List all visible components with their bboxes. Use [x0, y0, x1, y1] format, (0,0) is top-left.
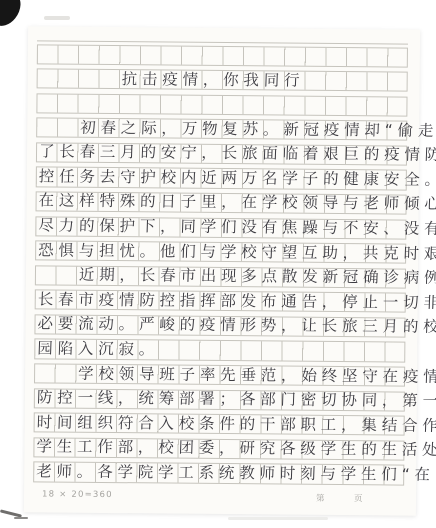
scan-smudge	[228, 517, 328, 520]
grid-row	[36, 93, 407, 116]
grid-row: 老师。各学院学工系统教师时刻与学生们“在	[33, 462, 404, 485]
handwritten-line: 学生工作部，校团委，研究各级学生的生活处	[36, 437, 436, 461]
grid-row: 尽力的保护下，同学们没有焦躁与不安、没有	[35, 216, 406, 239]
essay-title: 抗击疫情，你我同行	[122, 69, 305, 91]
handwritten-line: 恐惧与担忧。他们与学校守望互助，共克时艰。	[38, 240, 436, 264]
grid-row: 初春之际，万物复苏。新冠疫情却“偷走”	[36, 118, 407, 141]
paper-footer: 18 × 20=360 第 页	[24, 489, 416, 506]
handwritten-line: 学校领导班子率先垂范，始终坚守在疫情	[78, 363, 436, 386]
grid-spec-label: 18 × 20=360	[42, 489, 113, 500]
grid-row: 恐惧与担忧。他们与学校守望互助，共克时艰。	[35, 240, 406, 263]
manuscript-paper: 抗击疫情，你我同行初春之际，万物复苏。新冠疫情却“偷走”了长春三月的安宁，长旅面…	[24, 26, 420, 515]
handwritten-line: 防控一线，统筹部署；各部门密切协同，第一	[37, 387, 436, 411]
grid-row: 学校领导班子率先垂范，始终坚守在疫情	[34, 363, 405, 386]
handwritten-line: 了长春三月的安宁，长旅面临着艰巨的疫情防	[39, 142, 436, 166]
scan-edge-artifact	[0, 509, 22, 517]
grid-row: 近期，长春市出现多点散发新冠确诊病例	[35, 265, 406, 288]
grid-row: 长春市疫情防控指挥部发布通告，停止一切非	[35, 290, 406, 313]
grid-row: 必要流动。严峻的疫情形势，让长旅三月的校	[34, 314, 405, 337]
handwritten-line: 控任务去守护校内近两万名学子的健康安全。	[38, 166, 436, 190]
handwritten-line: 长春市疫情防控指挥部发布通告，停止一切非	[37, 289, 436, 313]
handwritten-line: 老师。各学院学工系统教师时刻与学生们“在	[36, 461, 435, 484]
handwritten-line: 在这样特殊的日子里，在学校领导与老师倾心	[38, 191, 436, 215]
grid-row: 了长春三月的安宁，长旅面临着艰巨的疫情防	[36, 142, 407, 165]
scan-corner-artifact	[0, 0, 27, 31]
scan-edge-artifact	[14, 517, 28, 519]
grid-row: 控任务去守护校内近两万名学子的健康安全。	[36, 167, 407, 190]
grid-row: 时间组织符合入校条件的干部职工，集结合作	[34, 413, 405, 436]
handwritten-line: 园陷入沉寂。	[37, 338, 160, 359]
grid-row: 学生工作部，校团委，研究各级学生的生活处	[33, 437, 404, 460]
page-number-label-ye: 页	[354, 492, 363, 504]
grid-row: 防控一线，统筹部署；各部门密切协同，第一	[34, 388, 405, 411]
scanned-document: 抗击疫情，你我同行初春之际，万物复苏。新冠疫情却“偷走”了长春三月的安宁，长旅面…	[0, 0, 436, 528]
page-number-label-di: 第	[316, 492, 325, 504]
scan-smudge	[44, 16, 70, 20]
handwritten-line: 时间组织符合入校条件的干部职工，集结合作	[36, 412, 436, 436]
handwritten-line: 初春之际，万物复苏。新冠疫情却“偷走”	[80, 117, 436, 140]
grid-row: 在这样特殊的日子里，在学校领导与老师倾心	[36, 191, 407, 214]
handwritten-line: 尽力的保护下，同学们没有焦躁与不安、没有	[38, 215, 436, 239]
grid-rows: 抗击疫情，你我同行初春之际，万物复苏。新冠疫情却“偷走”了长春三月的安宁，长旅面…	[33, 40, 408, 489]
grid-row	[37, 44, 408, 67]
handwritten-line: 必要流动。严峻的疫情形势，让长旅三月的校	[37, 314, 436, 338]
handwritten-line: 近期，长春市出现多点散发新冠确诊病例	[79, 265, 436, 288]
grid-row: 园陷入沉寂。	[34, 339, 405, 362]
grid-row: 抗击疫情，你我同行	[37, 68, 408, 91]
